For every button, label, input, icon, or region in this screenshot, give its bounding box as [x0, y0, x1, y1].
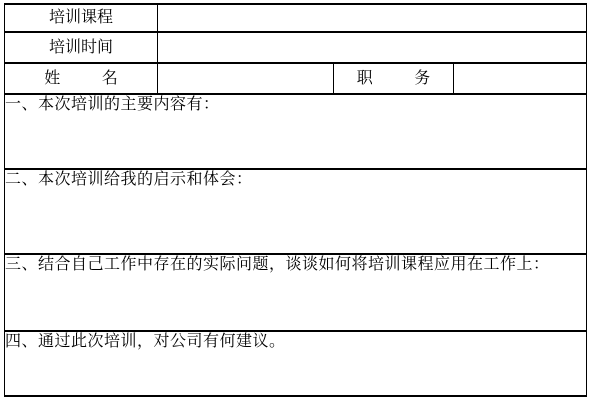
course-label: 培训课程 [5, 4, 158, 32]
course-value-field[interactable] [158, 4, 587, 32]
section-1-answer-area[interactable]: 一、本次培训的主要内容有： [5, 94, 587, 169]
section-3-prompt: 三、结合自己工作中存在的实际问题，谈谈如何将培训课程应用在工作上： [5, 256, 550, 273]
table-row-section-1: 一、本次培训的主要内容有： [5, 94, 587, 169]
table-row-section-2: 二、本次培训给我的启示和体会： [5, 169, 587, 254]
table-row-name-position: 姓名 职务 [5, 63, 587, 94]
training-feedback-form-page: 培训课程 培训时间 姓名 职务 一、本次培训的主要内容有： 二、本次培训给我的启… [0, 0, 589, 397]
name-label: 姓名 [44, 69, 118, 89]
time-value-field[interactable] [158, 32, 587, 63]
section-4-prompt: 四、通过此次培训，对公司有何建议。 [5, 333, 286, 350]
section-1-prompt: 一、本次培训的主要内容有： [5, 96, 220, 113]
section-2-prompt: 二、本次培训给我的启示和体会： [5, 171, 253, 188]
position-label: 职务 [357, 69, 431, 89]
name-label-cell: 姓名 [5, 63, 158, 94]
table-row-course: 培训课程 [5, 4, 587, 32]
section-2-answer-area[interactable]: 二、本次培训给我的启示和体会： [5, 169, 587, 254]
section-3-answer-area[interactable]: 三、结合自己工作中存在的实际问题，谈谈如何将培训课程应用在工作上： [5, 254, 587, 331]
position-label-cell: 职务 [334, 63, 454, 94]
table-row-time: 培训时间 [5, 32, 587, 63]
name-value-field[interactable] [158, 63, 334, 94]
section-4-answer-area[interactable]: 四、通过此次培训，对公司有何建议。 [5, 331, 587, 396]
time-label: 培训时间 [5, 32, 158, 63]
table-row-section-3: 三、结合自己工作中存在的实际问题，谈谈如何将培训课程应用在工作上： [5, 254, 587, 331]
position-value-field[interactable] [454, 63, 587, 94]
table-row-section-4: 四、通过此次培训，对公司有何建议。 [5, 331, 587, 396]
training-feedback-form-table: 培训课程 培训时间 姓名 职务 一、本次培训的主要内容有： 二、本次培训给我的启… [4, 3, 587, 397]
